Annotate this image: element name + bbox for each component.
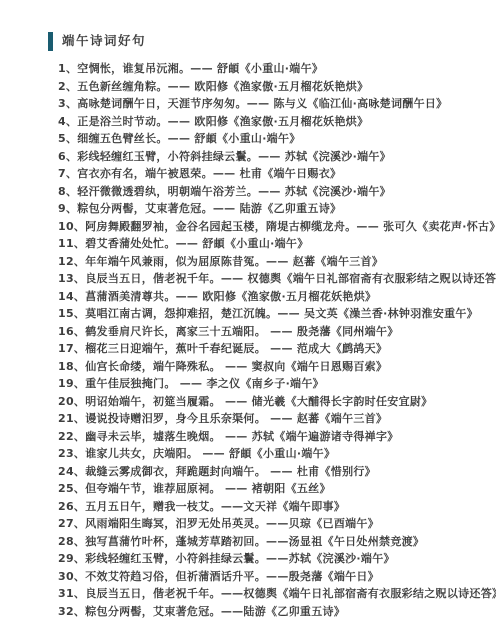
list-item: 25、但夸端午节，谁荐屈原祠。 —— 褚朝阳《五丝》 bbox=[58, 480, 496, 498]
page-title: 端午诗词好句 bbox=[62, 31, 146, 51]
item-number: 8、 bbox=[58, 185, 77, 198]
list-item: 21、谩说投诗赠汨罗，身今且乐奈渠何。 —— 赵蕃《端午三首》 bbox=[58, 410, 496, 428]
item-text: 明诏始端午，初筵当履霜。 —— 储光羲《大酺得长字韵时任安宜尉》 bbox=[85, 395, 432, 408]
page-header: 端午诗词好句 bbox=[48, 31, 496, 51]
list-item: 4、正是浴兰时节动。—— 欧阳修《渔家傲·五月榴花妖艳烘》 bbox=[58, 113, 496, 131]
list-item: 8、轻汗微微透碧纨，明朝端午浴芳兰。—— 苏轼《浣溪沙·端午》 bbox=[58, 183, 496, 201]
item-text: 但夸端午节，谁荐屈原祠。 —— 褚朝阳《五丝》 bbox=[85, 482, 331, 495]
item-text: 莫唱江南古调，怨抑难招，楚江沉魄。—— 吴文英《澡兰香·林钟羽淮安重午》 bbox=[85, 307, 478, 320]
list-item: 11、碧艾香蒲处处忙。—— 舒頔《小重山·端午》 bbox=[58, 235, 496, 253]
item-number: 5、 bbox=[58, 132, 77, 145]
item-text: 阿房舞殿翻罗袖，金谷名园起玉楼，隋堤古柳缆龙舟。—— 张可久《卖花声·怀古》 bbox=[85, 220, 496, 233]
item-text: 良辰当五日，偕老祝千年。——权德舆《端午日礼部宿斋有衣服彩结之贶以诗还答》 bbox=[85, 587, 496, 600]
item-text: 谁家儿共女，庆端阳。 —— 舒頔《小重山·端午》 bbox=[85, 447, 335, 460]
item-number: 13、 bbox=[58, 272, 85, 285]
item-text: 不效艾符趋习俗，但祈蒲酒话升平。——殷尧藩《端午日》 bbox=[85, 570, 379, 583]
item-number: 2、 bbox=[58, 80, 77, 93]
item-number: 10、 bbox=[58, 220, 85, 233]
item-text: 独写菖蒲竹叶杯，蓬城芳草踏初回。——汤显祖《午日处州禁竞渡》 bbox=[85, 535, 424, 548]
item-number: 30、 bbox=[58, 570, 85, 583]
item-number: 31、 bbox=[58, 587, 85, 600]
item-text: 菖蒲酒美清尊共。—— 欧阳修《渔家傲·五月榴花妖艳烘》 bbox=[85, 290, 376, 303]
list-item: 18、仙宫长命缕，端午降殊私。 —— 窦叔向《端午日恩赐百索》 bbox=[58, 358, 496, 376]
item-number: 12、 bbox=[58, 255, 85, 268]
list-item: 29、彩线轻缠红玉臂，小符斜挂绿云鬟。——苏轼《浣溪沙·端午》 bbox=[58, 550, 496, 568]
item-number: 4、 bbox=[58, 115, 77, 128]
list-item: 9、粽包分两髻，艾束著危冠。—— 陆游《乙卯重五诗》 bbox=[58, 200, 496, 218]
list-item: 23、谁家儿共女，庆端阳。 —— 舒頔《小重山·端午》 bbox=[58, 445, 496, 463]
item-text: 仙宫长命缕，端午降殊私。 —— 窦叔向《端午日恩赐百索》 bbox=[85, 360, 387, 373]
list-item: 30、不效艾符趋习俗，但祈蒲酒话升平。——殷尧藩《端午日》 bbox=[58, 568, 496, 586]
item-number: 18、 bbox=[58, 360, 85, 373]
list-item: 2、五色新丝缠角粽。—— 欧阳修《渔家傲·五月榴花妖艳烘》 bbox=[58, 78, 496, 96]
list-item: 5、细缠五色臂丝长。—— 舒頔《小重山·端午》 bbox=[58, 130, 496, 148]
item-number: 17、 bbox=[58, 342, 85, 355]
item-text: 五月五日午，赠我一枝艾。——文天祥《端午即事》 bbox=[85, 500, 345, 513]
list-item: 16、鹤发垂肩尺许长，离家三十五端阳。 —— 殷尧藩《同州端午》 bbox=[58, 323, 496, 341]
item-text: 高咏楚词酬午日，天涯节序匆匆。—— 陈与义《临江仙·高咏楚词酬午日》 bbox=[77, 97, 447, 110]
list-item: 28、独写菖蒲竹叶杯，蓬城芳草踏初回。——汤显祖《午日处州禁竞渡》 bbox=[58, 533, 496, 551]
list-item: 6、彩线轻缠红玉臂，小符斜挂绿云鬟。—— 苏轼《浣溪沙·端午》 bbox=[58, 148, 496, 166]
item-number: 32、 bbox=[58, 605, 85, 618]
list-item: 27、风雨端阳生晦冥，汨罗无处吊英灵。——贝琼《已酉端午》 bbox=[58, 515, 496, 533]
item-number: 23、 bbox=[58, 447, 85, 460]
list-item: 10、阿房舞殿翻罗袖，金谷名园起玉楼，隋堤古柳缆龙舟。—— 张可久《卖花声·怀古… bbox=[58, 218, 496, 236]
title-accent-bar bbox=[48, 32, 53, 51]
item-number: 15、 bbox=[58, 307, 85, 320]
item-number: 20、 bbox=[58, 395, 85, 408]
list-item: 17、榴花三日迎端午，蕉叶千春纪诞辰。 —— 范成大《鹧鸪天》 bbox=[58, 340, 496, 358]
item-number: 1、 bbox=[58, 62, 77, 75]
item-text: 正是浴兰时节动。—— 欧阳修《渔家傲·五月榴花妖艳烘》 bbox=[77, 115, 368, 128]
list-item: 26、五月五日午，赠我一枝艾。——文天祥《端午即事》 bbox=[58, 498, 496, 516]
list-item: 7、宫衣亦有名，端午被恩荣。—— 杜甫《端午日赐衣》 bbox=[58, 165, 496, 183]
list-item: 14、菖蒲酒美清尊共。—— 欧阳修《渔家傲·五月榴花妖艳烘》 bbox=[58, 288, 496, 306]
item-number: 16、 bbox=[58, 325, 85, 338]
item-text: 彩线轻缠红玉臂，小符斜挂绿云鬟。——苏轼《浣溪沙·端午》 bbox=[85, 552, 395, 565]
item-number: 26、 bbox=[58, 500, 85, 513]
item-number: 7、 bbox=[58, 167, 77, 180]
list-item: 13、良辰当五日，偕老祝千年。—— 权德舆《端午日礼部宿斋有衣服彩结之贶以诗还答… bbox=[58, 270, 496, 288]
item-number: 28、 bbox=[58, 535, 85, 548]
item-text: 轻汗微微透碧纨，明朝端午浴芳兰。—— 苏轼《浣溪沙·端午》 bbox=[77, 185, 391, 198]
item-number: 27、 bbox=[58, 517, 85, 530]
item-text: 宫衣亦有名，端午被恩荣。—— 杜甫《端午日赐衣》 bbox=[77, 167, 341, 180]
list-item: 24、裁缝云雾成御衣，拜跪题封向端午。 —— 杜甫《惜别行》 bbox=[58, 463, 496, 481]
item-text: 榴花三日迎端午，蕉叶千春纪诞辰。 —— 范成大《鹧鸪天》 bbox=[85, 342, 387, 355]
item-number: 25、 bbox=[58, 482, 85, 495]
item-text: 年年端午风兼雨，似为屈原陈昔冤。—— 赵蕃《端午三首》 bbox=[85, 255, 383, 268]
item-text: 风雨端阳生晦冥，汨罗无处吊英灵。——贝琼《已酉端午》 bbox=[85, 517, 379, 530]
item-text: 碧艾香蒲处处忙。—— 舒頔《小重山·端午》 bbox=[85, 237, 308, 250]
item-text: 五色新丝缠角粽。—— 欧阳修《渔家傲·五月榴花妖艳烘》 bbox=[77, 80, 368, 93]
item-text: 重午佳辰独掩门。 —— 李之仪《南乡子·端午》 bbox=[85, 377, 324, 390]
item-text: 空惆怅，谁复吊沅湘。—— 舒頔《小重山·端午》 bbox=[77, 62, 323, 75]
item-text: 彩线轻缠红玉臂，小符斜挂绿云鬟。—— 苏轼《浣溪沙·端午》 bbox=[77, 150, 391, 163]
list-item: 3、高咏楚词酬午日，天涯节序匆匆。—— 陈与义《临江仙·高咏楚词酬午日》 bbox=[58, 95, 496, 113]
item-text: 谩说投诗赠汨罗，身今且乐奈渠何。 —— 赵蕃《端午三首》 bbox=[85, 412, 387, 425]
item-text: 裁缝云雾成御衣，拜跪题封向端午。 —— 杜甫《惜别行》 bbox=[85, 465, 376, 478]
item-number: 19、 bbox=[58, 377, 85, 390]
item-number: 14、 bbox=[58, 290, 85, 303]
quote-list: 1、空惆怅，谁复吊沅湘。—— 舒頔《小重山·端午》2、五色新丝缠角粽。—— 欧阳… bbox=[48, 60, 496, 620]
item-text: 幽寻未云毕，墟落生晚烟。 —— 苏轼《端午遍游诸寺得禅字》 bbox=[85, 430, 398, 443]
list-item: 15、莫唱江南古调，怨抑难招，楚江沉魄。—— 吴文英《澡兰香·林钟羽淮安重午》 bbox=[58, 305, 496, 323]
item-number: 6、 bbox=[58, 150, 77, 163]
item-number: 29、 bbox=[58, 552, 85, 565]
document-page: 端午诗词好句 1、空惆怅，谁复吊沅湘。—— 舒頔《小重山·端午》2、五色新丝缠角… bbox=[0, 0, 500, 643]
list-item: 22、幽寻未云毕，墟落生晚烟。 —— 苏轼《端午遍游诸寺得禅字》 bbox=[58, 428, 496, 446]
list-item: 19、重午佳辰独掩门。 —— 李之仪《南乡子·端午》 bbox=[58, 375, 496, 393]
item-number: 9、 bbox=[58, 202, 77, 215]
list-item: 31、良辰当五日，偕老祝千年。——权德舆《端午日礼部宿斋有衣服彩结之贶以诗还答》 bbox=[58, 585, 496, 603]
item-number: 24、 bbox=[58, 465, 85, 478]
item-text: 鹤发垂肩尺许长，离家三十五端阳。 —— 殷尧藩《同州端午》 bbox=[85, 325, 398, 338]
item-text: 良辰当五日，偕老祝千年。—— 权德舆《端午日礼部宿斋有衣服彩结之贶以诗还答》 bbox=[85, 272, 496, 285]
item-number: 11、 bbox=[58, 237, 85, 250]
item-text: 粽包分两髻，艾束著危冠。——陆游《乙卯重五诗》 bbox=[85, 605, 345, 618]
item-text: 细缠五色臂丝长。—— 舒頔《小重山·端午》 bbox=[77, 132, 300, 145]
list-item: 32、粽包分两髻，艾束著危冠。——陆游《乙卯重五诗》 bbox=[58, 603, 496, 621]
list-item: 20、明诏始端午，初筵当履霜。 —— 储光羲《大酺得长字韵时任安宜尉》 bbox=[58, 393, 496, 411]
list-item: 1、空惆怅，谁复吊沅湘。—— 舒頔《小重山·端午》 bbox=[58, 60, 496, 78]
item-number: 3、 bbox=[58, 97, 77, 110]
item-text: 粽包分两髻，艾束著危冠。—— 陆游《乙卯重五诗》 bbox=[77, 202, 341, 215]
item-number: 22、 bbox=[58, 430, 85, 443]
item-number: 21、 bbox=[58, 412, 85, 425]
list-item: 12、年年端午风兼雨，似为屈原陈昔冤。—— 赵蕃《端午三首》 bbox=[58, 253, 496, 271]
